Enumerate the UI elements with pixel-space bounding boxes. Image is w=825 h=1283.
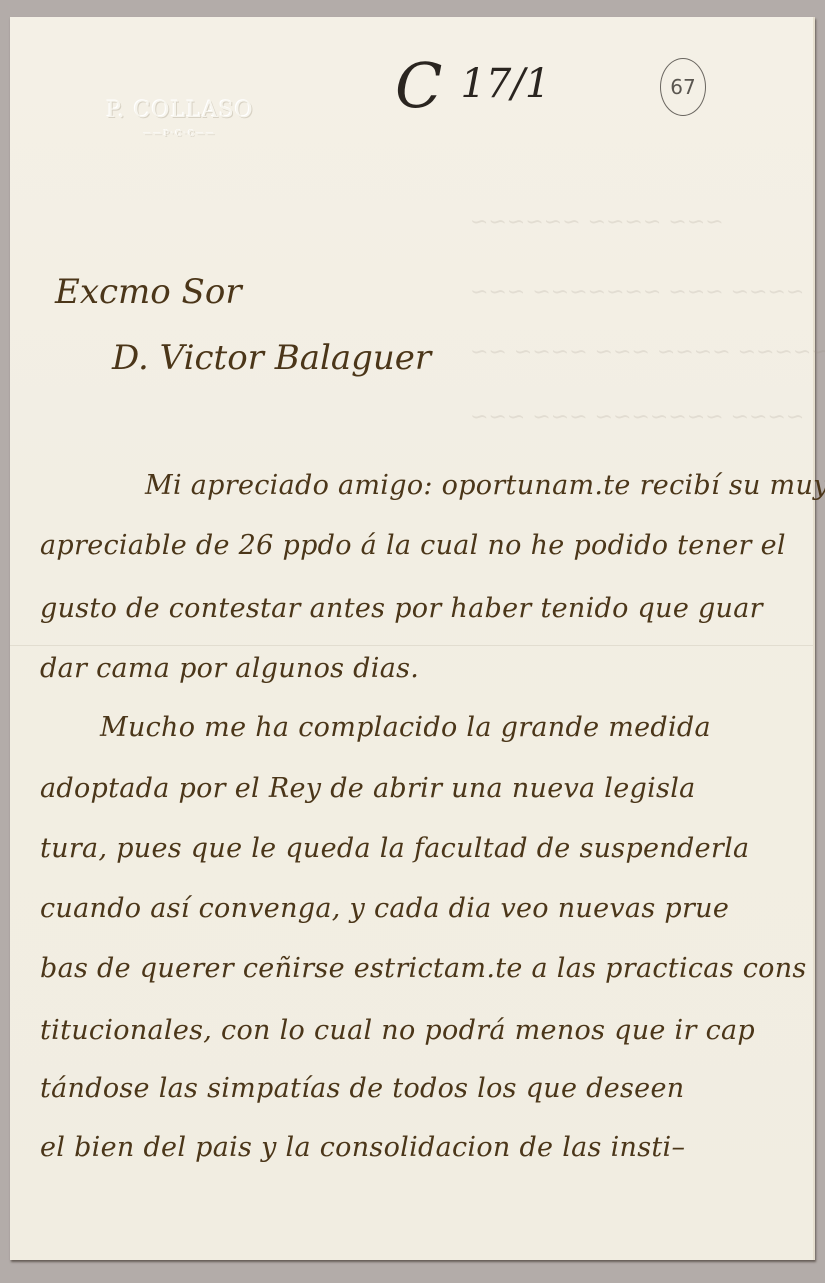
archive-fraction: 17/1 bbox=[460, 61, 550, 107]
letter-line: tándose las simpatías de todos los que d… bbox=[40, 1073, 684, 1104]
letter-line: gusto de contestar antes por haber tenid… bbox=[40, 593, 763, 624]
letter-line: adoptada por el Rey de abrir una nueva l… bbox=[40, 773, 696, 804]
letter-line: titucionales, con lo cual no podrá menos… bbox=[40, 1015, 755, 1046]
salutation-title: Excmo Sor bbox=[55, 272, 242, 312]
bleed-through-text: ~~~~ ~~~~~~~ ~~~ ~~~ bbox=[470, 405, 804, 430]
paper-fold-crease bbox=[10, 645, 813, 646]
letter-line: tura, pues que le queda la facultad de s… bbox=[40, 833, 749, 864]
letter-line: apreciable de 26 ppdo á la cual no he po… bbox=[40, 530, 786, 561]
folio-number-circled: 67 bbox=[660, 58, 706, 116]
archive-letter: C bbox=[395, 49, 442, 122]
letterhead-monogram: ——P·C·C—— bbox=[95, 129, 265, 138]
letter-line: el bien del pais y la consolidacion de l… bbox=[40, 1132, 685, 1163]
embossed-letterhead: P. COLLASO ——P·C·C—— bbox=[95, 98, 265, 138]
letter-line: cuando así convenga, y cada dia veo nuev… bbox=[40, 893, 729, 924]
letter-line: Mucho me ha complacido la grande medida bbox=[100, 712, 711, 743]
bleed-through-text: ~~~~~ ~~~~ ~~~ ~~~~ ~~ bbox=[470, 340, 825, 365]
salutation-recipient: D. Victor Balaguer bbox=[112, 338, 431, 378]
letterhead-name: P. COLLASO bbox=[95, 98, 265, 123]
bleed-through-text: ~~~~ ~~~ ~~~~~~~ ~~~ bbox=[470, 280, 804, 305]
letter-line: bas de querer ceñirse estrictam.te a las… bbox=[40, 953, 807, 984]
letter-line: Mi apreciado amigo: oportunam.te recibí … bbox=[145, 470, 825, 501]
letter-line: dar cama por algunos dias. bbox=[40, 653, 419, 684]
archive-mark: C17/1 bbox=[395, 55, 550, 117]
bleed-through-text: ~~~ ~~~~ ~~~~~~ bbox=[470, 210, 724, 235]
